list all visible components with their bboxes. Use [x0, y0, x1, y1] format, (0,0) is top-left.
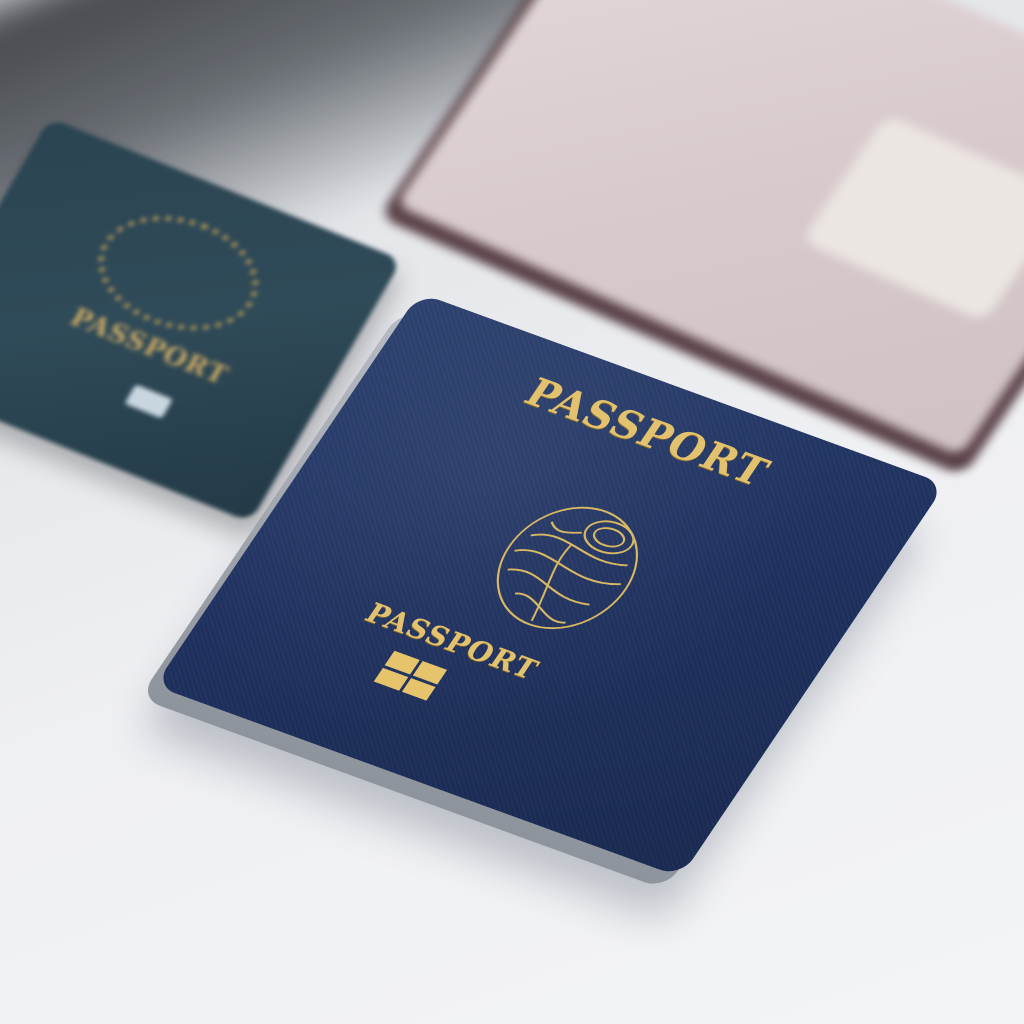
- ornate-animal-emblem-icon: [460, 477, 678, 653]
- photo-scene: PASSPORT PASSPORT PASSPORT: [0, 0, 1024, 1024]
- biometric-chip-icon: [374, 651, 447, 701]
- navy-passport-title-top: PASSPORT: [516, 370, 778, 496]
- teal-passport-label-icon: [125, 384, 173, 418]
